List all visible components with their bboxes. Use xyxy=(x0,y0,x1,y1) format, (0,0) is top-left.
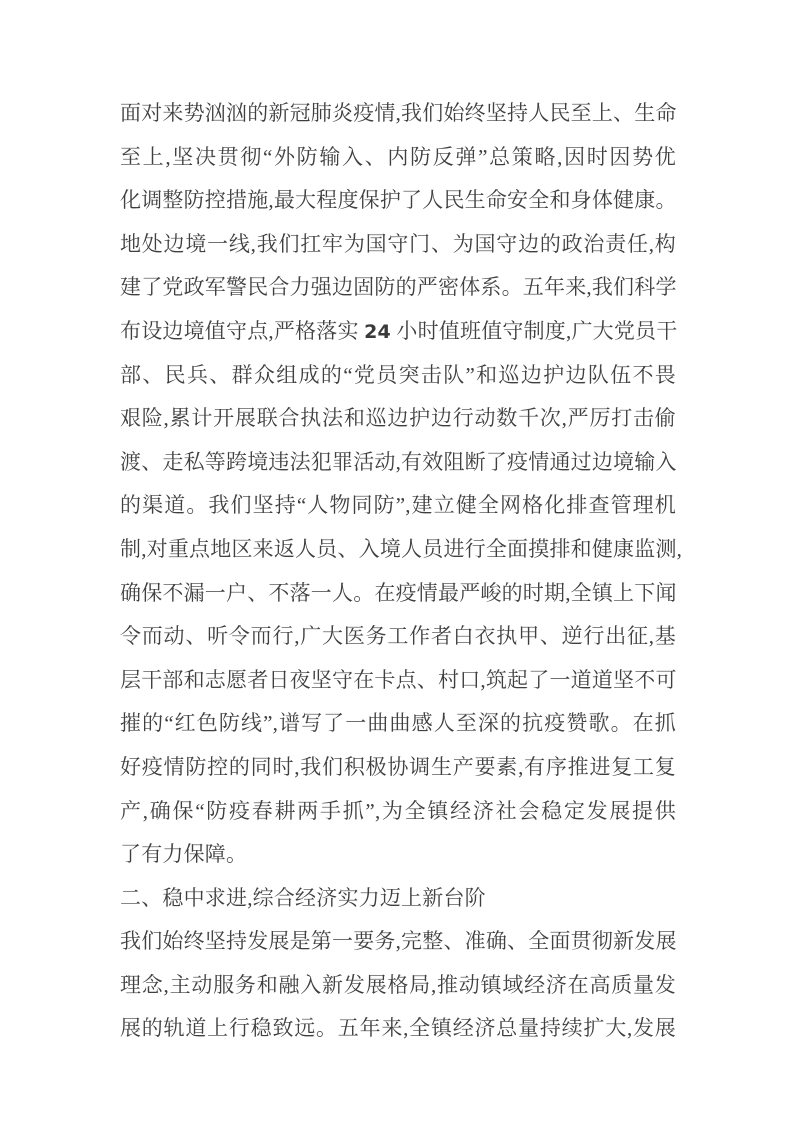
paragraph1-line: 面对来势汹汹的新冠肺炎疫情,我们始终坚持人民至上、生命 xyxy=(120,92,676,136)
paragraph1-line: 的渠道。我们坚持“人物同防”,建立健全网格化排查管理机 xyxy=(120,484,676,528)
duty-hours-number: 24 xyxy=(364,321,391,343)
paragraph1-line: 化调整防控措施,最大程度保护了人民生命安全和身体健康。 xyxy=(120,179,676,223)
paragraph2-line: 理念,主动服务和融入新发展格局,推动镇域经济在高质量发 xyxy=(120,964,676,1008)
paragraph1-line: 摧的“红色防线”,谱写了一曲曲感人至深的抗疫赞歌。在抓 xyxy=(120,702,676,746)
document-page: 面对来势汹汹的新冠肺炎疫情,我们始终坚持人民至上、生命 至上,坚决贯彻“外防输入… xyxy=(0,0,793,1122)
paragraph1-last-line: 了有力保障。 xyxy=(120,833,676,877)
paragraph1-line: 好疫情防控的同时,我们积极协调生产要素,有序推进复工复 xyxy=(120,746,676,790)
paragraph1-line: 制,对重点地区来返人员、入境人员进行全面摸排和健康监测, xyxy=(120,528,676,572)
paragraph1-line: 产,确保“防疫春耕两手抓”,为全镇经济社会稳定发展提供 xyxy=(120,790,676,834)
section-heading: 二、稳中求进,综合经济实力迈上新台阶 xyxy=(120,877,676,921)
duty-hours-text-after: 小时值班值守制度,广大党员干 xyxy=(391,319,678,343)
report-text-block: 面对来势汹汹的新冠肺炎疫情,我们始终坚持人民至上、生命 至上,坚决贯彻“外防输入… xyxy=(120,92,676,1051)
paragraph2-line: 展的轨道上行稳致远。五年来,全镇经济总量持续扩大,发展 xyxy=(120,1007,676,1051)
paragraph1-line: 建了党政军警民合力强边固防的严密体系。五年来,我们科学 xyxy=(120,266,676,310)
paragraph1-line: 确保不漏一户、不落一人。在疫情最严峻的时期,全镇上下闻 xyxy=(120,572,676,616)
paragraph1-line: 渡、走私等跨境违法犯罪活动,有效阻断了疫情通过边境输入 xyxy=(120,441,676,485)
paragraph1-line: 地处边境一线,我们扛牢为国守门、为国守边的政治责任,构 xyxy=(120,223,676,267)
paragraph1-line: 层干部和志愿者日夜坚守在卡点、村口,筑起了一道道坚不可 xyxy=(120,659,676,703)
paragraph1-line: 至上,坚决贯彻“外防输入、内防反弹”总策略,因时因势优 xyxy=(120,136,676,180)
paragraph1-line: 部、民兵、群众组成的“党员突击队”和巡边护边队伍不畏 xyxy=(120,354,676,398)
paragraph2-line: 我们始终坚持发展是第一要务,完整、准确、全面贯彻新发展 xyxy=(120,920,676,964)
paragraph1-line: 艰险,累计开展联合执法和巡边护边行动数千次,严厉打击偷 xyxy=(120,397,676,441)
paragraph1-line: 令而动、听令而行,广大医务工作者白衣执甲、逆行出征,基 xyxy=(120,615,676,659)
paragraph1-line-duty-hours: 布设边境值守点,严格落实 24 小时值班值守制度,广大党员干 xyxy=(120,310,676,354)
duty-hours-text-before: 布设边境值守点,严格落实 xyxy=(120,319,364,343)
